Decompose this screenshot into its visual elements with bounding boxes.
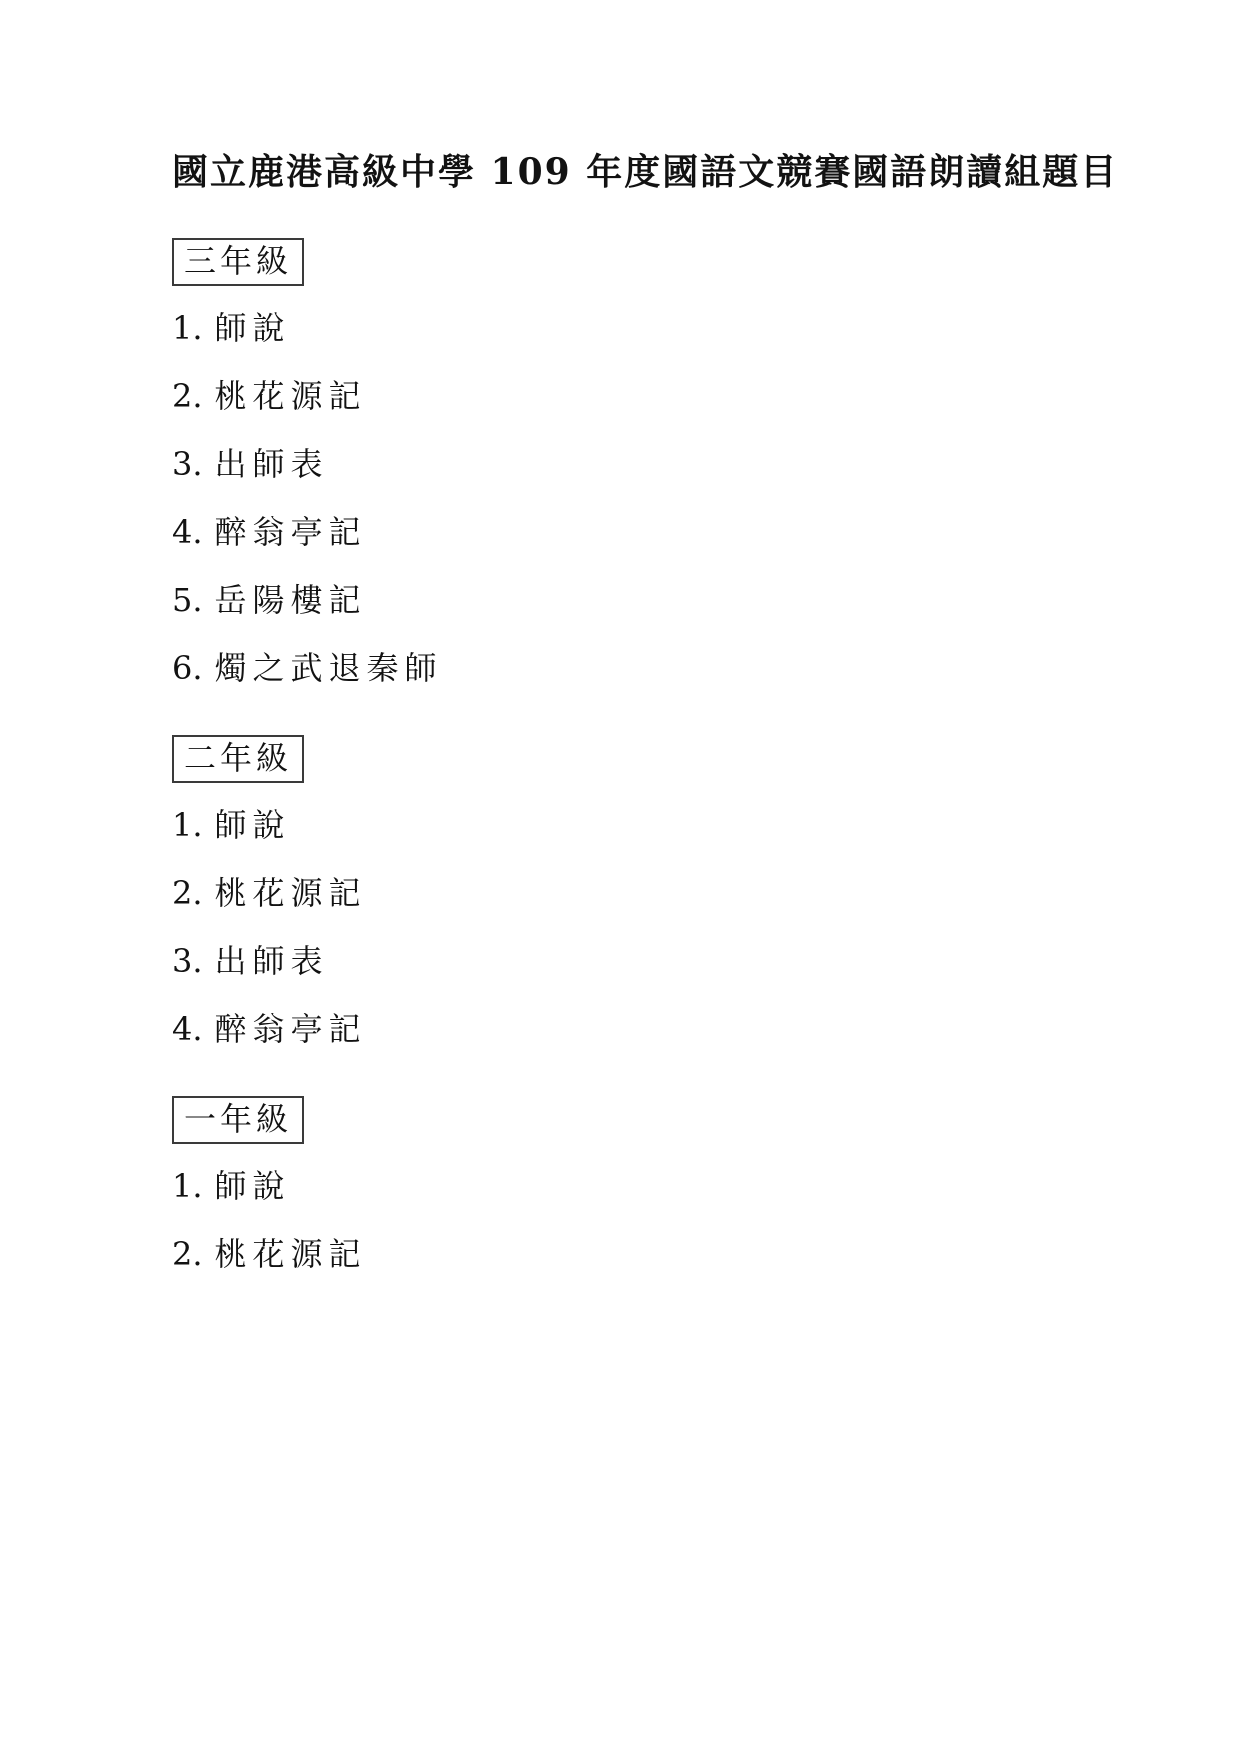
grade-1-heading-box: 一年級 [172, 1096, 304, 1144]
item-text: 燭之武退秦師 [215, 649, 443, 687]
item-number: 2. [172, 875, 203, 911]
item-text: 醉翁亭記 [215, 1010, 367, 1048]
item-number: 6. [172, 650, 203, 686]
item-number: 4. [172, 1011, 203, 1047]
list-item: 4.醉翁亭記 [172, 1011, 1072, 1047]
grade-3-heading-box: 三年級 [172, 238, 304, 286]
section-grade-1: 一年級 1.師說 2.桃花源記 [172, 1096, 1072, 1272]
list-item: 5.岳陽樓記 [172, 582, 1072, 618]
item-text: 桃花源記 [215, 874, 367, 912]
document-content: 國立鹿港高級中學 109 年度國語文競賽國語朗讀組題目 三年級 1.師說 2.桃… [172, 148, 1072, 1304]
item-text: 師說 [215, 806, 291, 844]
list-item: 2.桃花源記 [172, 1236, 1072, 1272]
document-page: 國立鹿港高級中學 109 年度國語文競賽國語朗讀組題目 三年級 1.師說 2.桃… [0, 0, 1240, 1754]
list-item: 3.出師表 [172, 446, 1072, 482]
item-text: 桃花源記 [215, 1235, 367, 1273]
item-text: 桃花源記 [215, 377, 367, 415]
item-number: 3. [172, 446, 203, 482]
list-item: 1.師說 [172, 310, 1072, 346]
item-number: 4. [172, 514, 203, 550]
item-number: 2. [172, 378, 203, 414]
list-item: 6.燭之武退秦師 [172, 650, 1072, 686]
item-number: 3. [172, 943, 203, 979]
list-item: 4.醉翁亭記 [172, 514, 1072, 550]
list-item: 2.桃花源記 [172, 875, 1072, 911]
item-text: 出師表 [215, 942, 329, 980]
grade-2-heading-box: 二年級 [172, 735, 304, 783]
item-number: 1. [172, 807, 203, 843]
item-text: 岳陽樓記 [215, 581, 367, 619]
item-text: 師說 [215, 309, 291, 347]
document-title: 國立鹿港高級中學 109 年度國語文競賽國語朗讀組題目 [172, 148, 1072, 196]
item-number: 1. [172, 310, 203, 346]
section-grade-2: 二年級 1.師說 2.桃花源記 3.出師表 4.醉翁亭記 [172, 735, 1072, 1047]
item-number: 2. [172, 1236, 203, 1272]
item-text: 師說 [215, 1167, 291, 1205]
item-text: 醉翁亭記 [215, 513, 367, 551]
item-text: 出師表 [215, 445, 329, 483]
item-number: 1. [172, 1168, 203, 1204]
list-item: 1.師說 [172, 807, 1072, 843]
item-number: 5. [172, 582, 203, 618]
list-item: 3.出師表 [172, 943, 1072, 979]
section-grade-3: 三年級 1.師說 2.桃花源記 3.出師表 4.醉翁亭記 5.岳陽樓記 6.燭之… [172, 238, 1072, 686]
list-item: 2.桃花源記 [172, 378, 1072, 414]
list-item: 1.師說 [172, 1168, 1072, 1204]
